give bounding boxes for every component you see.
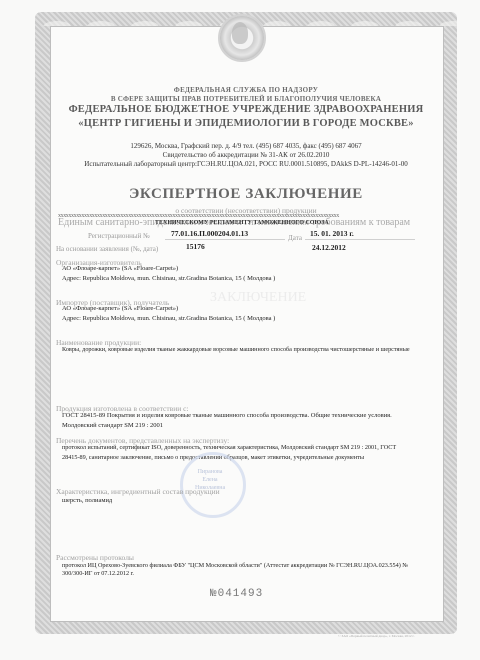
date-underline (305, 239, 415, 240)
protocols-label: Рассмотрены протоколы (56, 553, 134, 562)
institution-subname: «ЦЕНТР ГИГИЕНЫ И ЭПИДЕМИОЛОГИИ В ГОРОДЕ … (50, 118, 442, 129)
protocol-line-1: протокол ИЦ Орехово-Зуевского филиала ФБ… (62, 562, 408, 569)
printer-copyright: © ЗАО «Первый печатный двор», г. Москва,… (338, 634, 414, 638)
scanned-document: ФЕДЕРАЛЬНАЯ СЛУЖБА ПО НАДЗОРУ В СФЕРЕ ЗА… (0, 0, 480, 660)
institution-address: 129626, Москва, Графский пер. д. 4/9 тел… (50, 142, 442, 150)
composition-value: шерсть, полиамид (62, 497, 112, 504)
importer-address: Адрес: Republica Moldova, mun. Chisinau,… (62, 315, 275, 322)
application-date: 24.12.2012 (312, 243, 346, 252)
registration-underline (165, 239, 285, 240)
importer-name: АО «Флоаре-карпет» (SA «Floare-Carpet») (62, 305, 178, 312)
lab-center-ids: Испытательный лабораторный центр:ГСЭН.RU… (50, 160, 442, 168)
document-title: ЭКСПЕРТНОЕ ЗАКЛЮЧЕНИЕ (50, 186, 442, 203)
standard-gost: ГОСТ 28415-89 Покрытия и изделия ковровы… (62, 412, 392, 419)
manufacturer-address: Адрес: Republica Moldova, mun. Chisinau,… (62, 275, 275, 282)
strikethrough-x-line: xxxxxxxxxxxxxxxxxxxxxxxxxxxxxxxxxxxxxxxx… (58, 213, 426, 219)
agency-line-1: ФЕДЕРАЛЬНАЯ СЛУЖБА ПО НАДЗОРУ (50, 86, 442, 94)
product-name: Ковры, дорожки, ковровые изделия тканые … (62, 346, 410, 353)
document-body (50, 26, 444, 622)
documents-line-1: протокол испытаний, сертификат ISO, дове… (62, 444, 396, 451)
protocol-line-2: 300/300-ИГ от 07.12.2012 г. (62, 570, 134, 577)
basis-label: На основании заявления (№, дата) (56, 245, 158, 253)
issue-date: 15. 01. 2013 г. (310, 229, 354, 238)
registration-label: Регистрационный № (88, 232, 150, 240)
registration-number: 77.01.16.П.000204.01.13 (171, 229, 248, 238)
watermark-text: ЗАКЛЮЧЕНИЕ (210, 290, 306, 306)
application-number: 15176 (186, 242, 205, 251)
date-label: Дата (288, 234, 302, 242)
institution-name: ФЕДЕРАЛЬНОЕ БЮДЖЕТНОЕ УЧРЕЖДЕНИЕ ЗДРАВОО… (50, 104, 442, 115)
manufacturer-name: АО «Флоаре-карпет» (SA «Floare-Carpet») (62, 265, 178, 272)
accreditation-certificate: Свидетельство об аккредитации № 31-АК от… (50, 151, 442, 159)
standard-sm: Молдовский стандарт SM 219 : 2001 (62, 422, 163, 429)
technical-regulation-overprint: ТЕХНИЧЕСКОМУ РЕГЛАМЕНТУ ТАМОЖЕННОГО СОЮЗ… (155, 220, 329, 226)
agency-line-2: В СФЕРЕ ЗАЩИТЫ ПРАВ ПОТРЕБИТЕЛЕЙ И БЛАГО… (50, 95, 442, 103)
eagle-icon (232, 22, 248, 44)
form-serial-number: №041493 (210, 588, 263, 600)
composition-label: Характеристика, ингредиентный состав про… (56, 487, 220, 496)
